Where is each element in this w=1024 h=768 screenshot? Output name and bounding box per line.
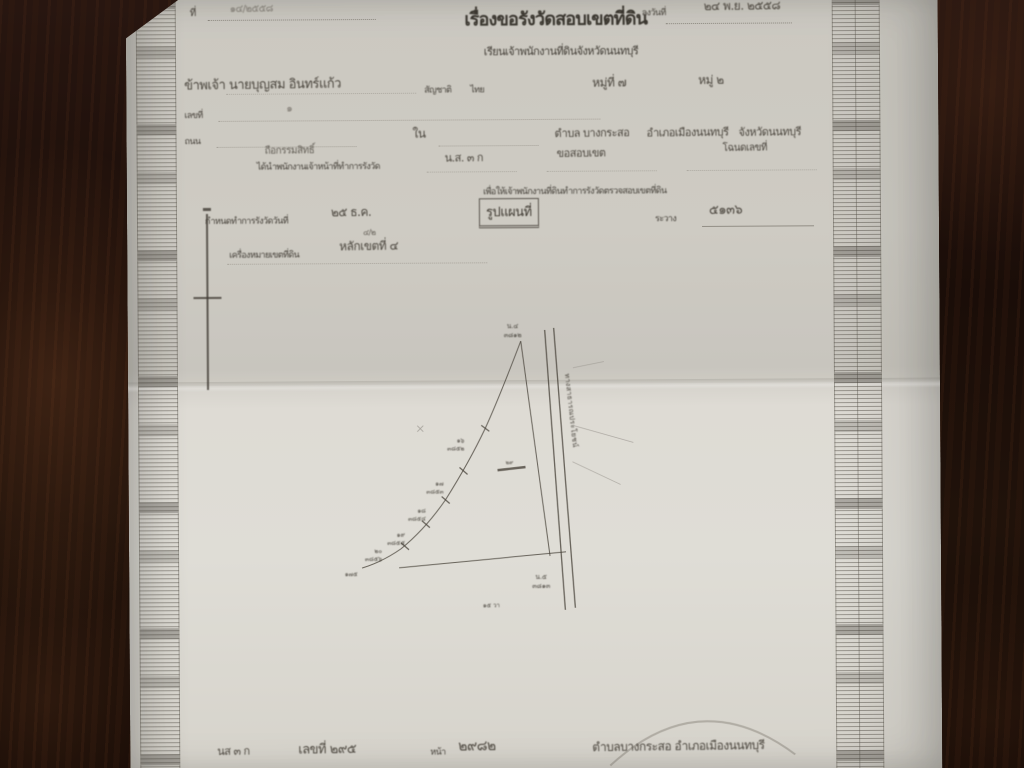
top-vertex-label-2: ๓๘๑๒	[504, 331, 522, 339]
small-cross	[417, 426, 423, 432]
tick-3	[442, 497, 450, 504]
road-branch-3	[573, 362, 604, 368]
parcel-baseline	[399, 552, 566, 568]
marker-1-l2: ๓๘๕๒	[447, 445, 464, 452]
bottom-doc-type: นส ๓ ก	[217, 742, 250, 760]
bottom-parcel-no: เลขที่ ๒๙๕	[298, 738, 356, 760]
bottom-vertex-label-1: น.๕	[535, 573, 547, 581]
bottom-note-label: ๑๕ วา	[483, 602, 500, 609]
bottom-vertex-label-2: ๓๘๑๓	[532, 582, 551, 590]
document-paper: ที่ ๑๔/๒๕๕๘ เรื่องขอรังวัดสอบเขตที่ดิน เ…	[126, 0, 943, 768]
area-dash	[498, 467, 526, 470]
bottom-location: ตำบลบางกระสอ อำเภอเมืองนนทบุรี	[592, 736, 765, 757]
marker-1-l1: ๑๖	[457, 437, 465, 444]
parcel-right-edge	[521, 341, 550, 556]
parcel-left-curve	[361, 341, 522, 568]
marker-3-l1: ๑๘	[417, 508, 426, 515]
marker-2-l1: ๑๗	[435, 481, 444, 488]
road-label: ทางสาธารณประโยชน์	[563, 373, 580, 448]
marker-5-l1: ๒๐	[374, 548, 382, 555]
top-vertex-label-1: น.๔	[507, 322, 519, 330]
area-label: ๒๙	[506, 460, 514, 466]
road-branch-2	[572, 461, 620, 484]
survey-sketch: น.๔ ๓๘๑๒ ๑๖ ๓๘๕๒ ๑๗ ๓๘๕๓ ๑๘ ๓๘๕๔ ๑๙ ๓๘๕๕…	[126, 0, 943, 768]
road-branch-1	[574, 425, 633, 442]
marker-4-l1: ๑๙	[397, 532, 406, 539]
curve-end-label: ๑๗๕	[345, 571, 358, 578]
tick-1	[481, 425, 489, 431]
bottom-page-label: หน้า	[430, 745, 445, 759]
marker-2-l2: ๓๘๕๓	[426, 489, 443, 496]
road-line-west	[545, 330, 566, 610]
photo-wood-background: ที่ ๑๔/๒๕๕๘ เรื่องขอรังวัดสอบเขตที่ดิน เ…	[0, 0, 1024, 768]
road-line-east	[554, 328, 576, 608]
tick-2	[460, 467, 468, 474]
marker-4-l2: ๓๘๕๕	[387, 540, 405, 547]
marker-5-l2: ๓๘๕๖	[365, 556, 382, 563]
bottom-page-value: ๒๙๘๒	[458, 735, 496, 757]
marker-3-l2: ๓๘๕๔	[408, 516, 426, 523]
